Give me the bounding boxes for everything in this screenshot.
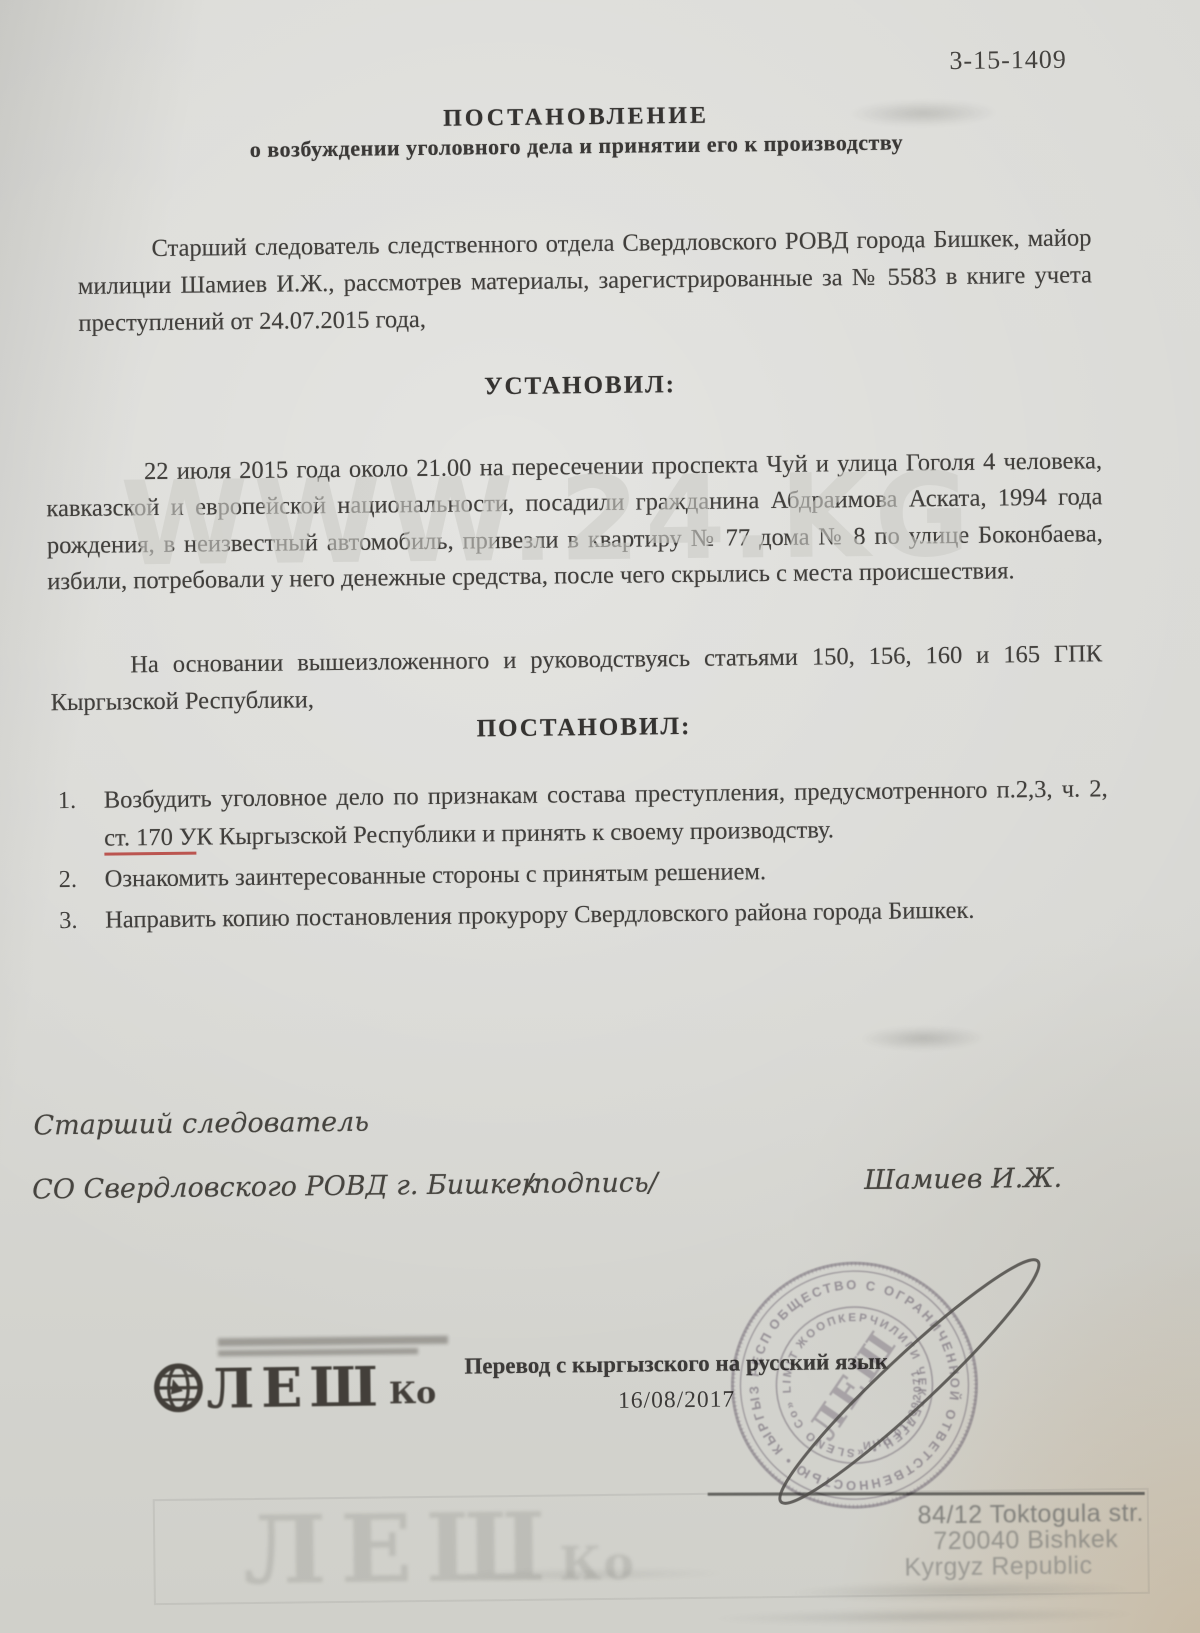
globe-icon [152,1362,205,1415]
document-page: 3-15-1409 ПОСТАНОВЛЕНИЕ о возбуждении уг… [0,0,1200,1633]
ghost-logo-suffix: Ко [559,1536,636,1591]
item-1-pre: Возбудить уголовное дело по признакам со… [104,775,1108,813]
signature-swoosh [704,1194,1108,1539]
address-country: Kyrgyz Republic [836,1552,1092,1581]
faded-logo-ghost: ЛЕШКо [243,1492,637,1606]
logo-small-text-smudge [218,1336,448,1347]
resolution-item-3: 3. Направить копию постановления прокуро… [59,890,1109,940]
signature-placeholder: /подпись/ [524,1167,658,1200]
signature-position-title: Старший следователь [33,1107,369,1142]
item-number: 1. [58,782,105,859]
resolution-item-1: 1. Возбудить уголовное дело по признакам… [58,770,1109,858]
legal-basis-paragraph: На основании вышеизложенного и руководст… [50,635,1103,721]
pencil-smudge [860,1026,985,1051]
faded-text-smudge [709,1606,1139,1627]
signature-department: СО Свердловского РОВД г. Бишкек [32,1169,538,1206]
logo-small-text-smudge [218,1348,418,1356]
item-1-post: К Кыргызской Республики и принять к свое… [196,816,834,850]
item-text: Направить копию постановления прокурору … [105,890,1109,939]
red-underlined-article: ст. 170 У [104,824,197,856]
item-number: 2. [58,861,104,900]
case-reference-number: 3-15-1409 [949,45,1067,76]
logo-text: ЛЕШ [206,1361,385,1413]
preamble-paragraph: Старший следователь следственного отдела… [77,219,1092,341]
section-heading-established: УСТАНОВИЛ: [0,365,1180,407]
resolution-list: 1. Возбудить уголовное дело по признакам… [58,770,1110,943]
translator-logo-stamp: ЛЕШ Ко [152,1336,449,1414]
item-number: 3. [59,902,105,941]
item-text: Возбудить уголовное дело по признакам со… [104,770,1109,857]
facts-paragraph: 22 июля 2015 года около 21.00 на пересеч… [46,443,1104,601]
signatory-name: Шамиев И.Ж. [864,1163,1062,1196]
faded-text-smudge [784,1579,1134,1603]
document-photo: 3-15-1409 ПОСТАНОВЛЕНИЕ о возбуждении уг… [0,0,1200,1633]
ghost-logo-text: ЛЕШ [243,1493,560,1607]
